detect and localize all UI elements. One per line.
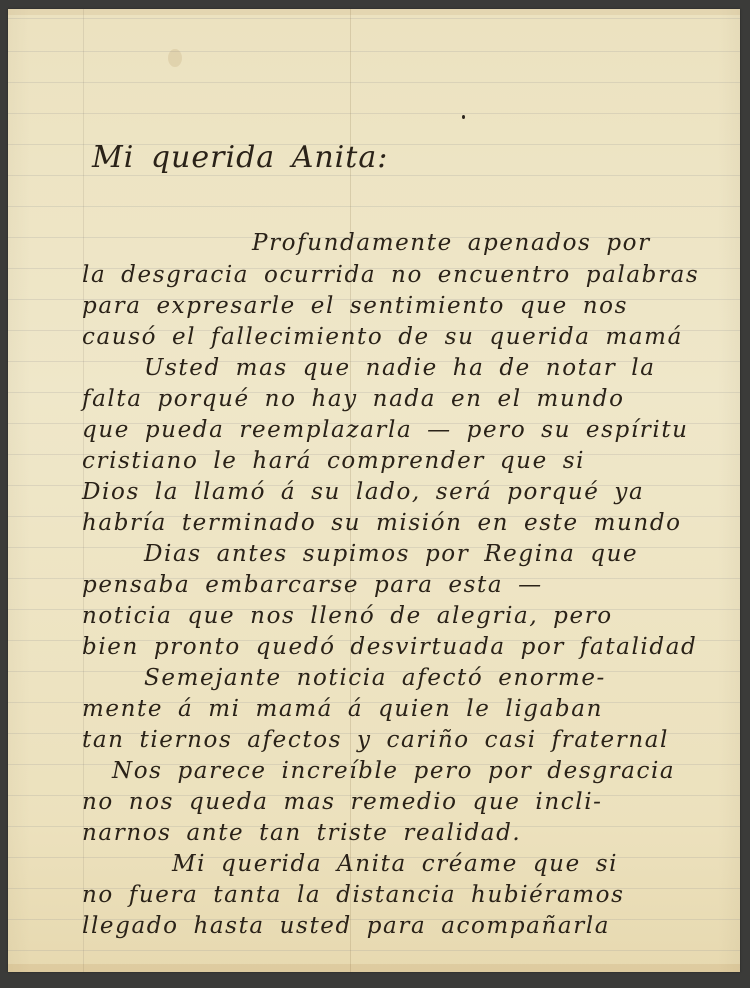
letter-line: tan tiernos afectos y cariño casi frater… xyxy=(82,725,669,756)
bottom-edge-discoloration xyxy=(8,964,740,972)
letter-line: llegado hasta usted para acompañarla xyxy=(82,911,610,942)
letter-line: mente á mi mamá á quien le ligaban xyxy=(82,694,603,725)
letter-line: narnos ante tan triste realidad. xyxy=(82,818,521,849)
letter-line: Dios la llamó á su lado, será porqué ya xyxy=(82,477,644,508)
letter-line: no nos queda mas remedio que incli- xyxy=(82,787,603,818)
letter-line: Nos parece increíble pero por desgracia xyxy=(112,756,675,787)
letter-line: habría terminado su misión en este mundo xyxy=(82,508,682,539)
letter-line: noticia que nos llenó de alegria, pero xyxy=(82,601,613,632)
letter-line: no fuera tanta la distancia hubiéramos xyxy=(82,880,625,911)
letter-line: causó el fallecimiento de su querida mam… xyxy=(82,322,683,353)
paper-stain xyxy=(168,49,182,67)
letter-line: falta porqué no hay nada en el mundo xyxy=(82,384,625,415)
top-edge-discoloration xyxy=(8,9,740,15)
letter-line: Mi querida Anita créame que si xyxy=(172,849,618,880)
letter-line: cristiano le hará comprender que si xyxy=(82,446,585,477)
letter-line: para expresarle el sentimiento que nos xyxy=(82,291,628,322)
salutation: Mi querida Anita: xyxy=(92,140,388,175)
ink-spot xyxy=(462,115,465,119)
letter-line: Profundamente apenados por xyxy=(252,228,651,259)
letter-line: pensaba embarcarse para esta — xyxy=(82,570,543,601)
letter-line: la desgracia ocurrida no encuentro palab… xyxy=(82,260,699,291)
letter-line: Usted mas que nadie ha de notar la xyxy=(144,353,656,384)
letter-line: bien pronto quedó desvirtuada por fatali… xyxy=(82,632,697,663)
letter-line: Dias antes supimos por Regina que xyxy=(144,539,638,570)
letter-line: que pueda reemplazarla — pero su espírit… xyxy=(82,415,689,446)
letter-line: Semejante noticia afectó enorme- xyxy=(144,663,606,694)
